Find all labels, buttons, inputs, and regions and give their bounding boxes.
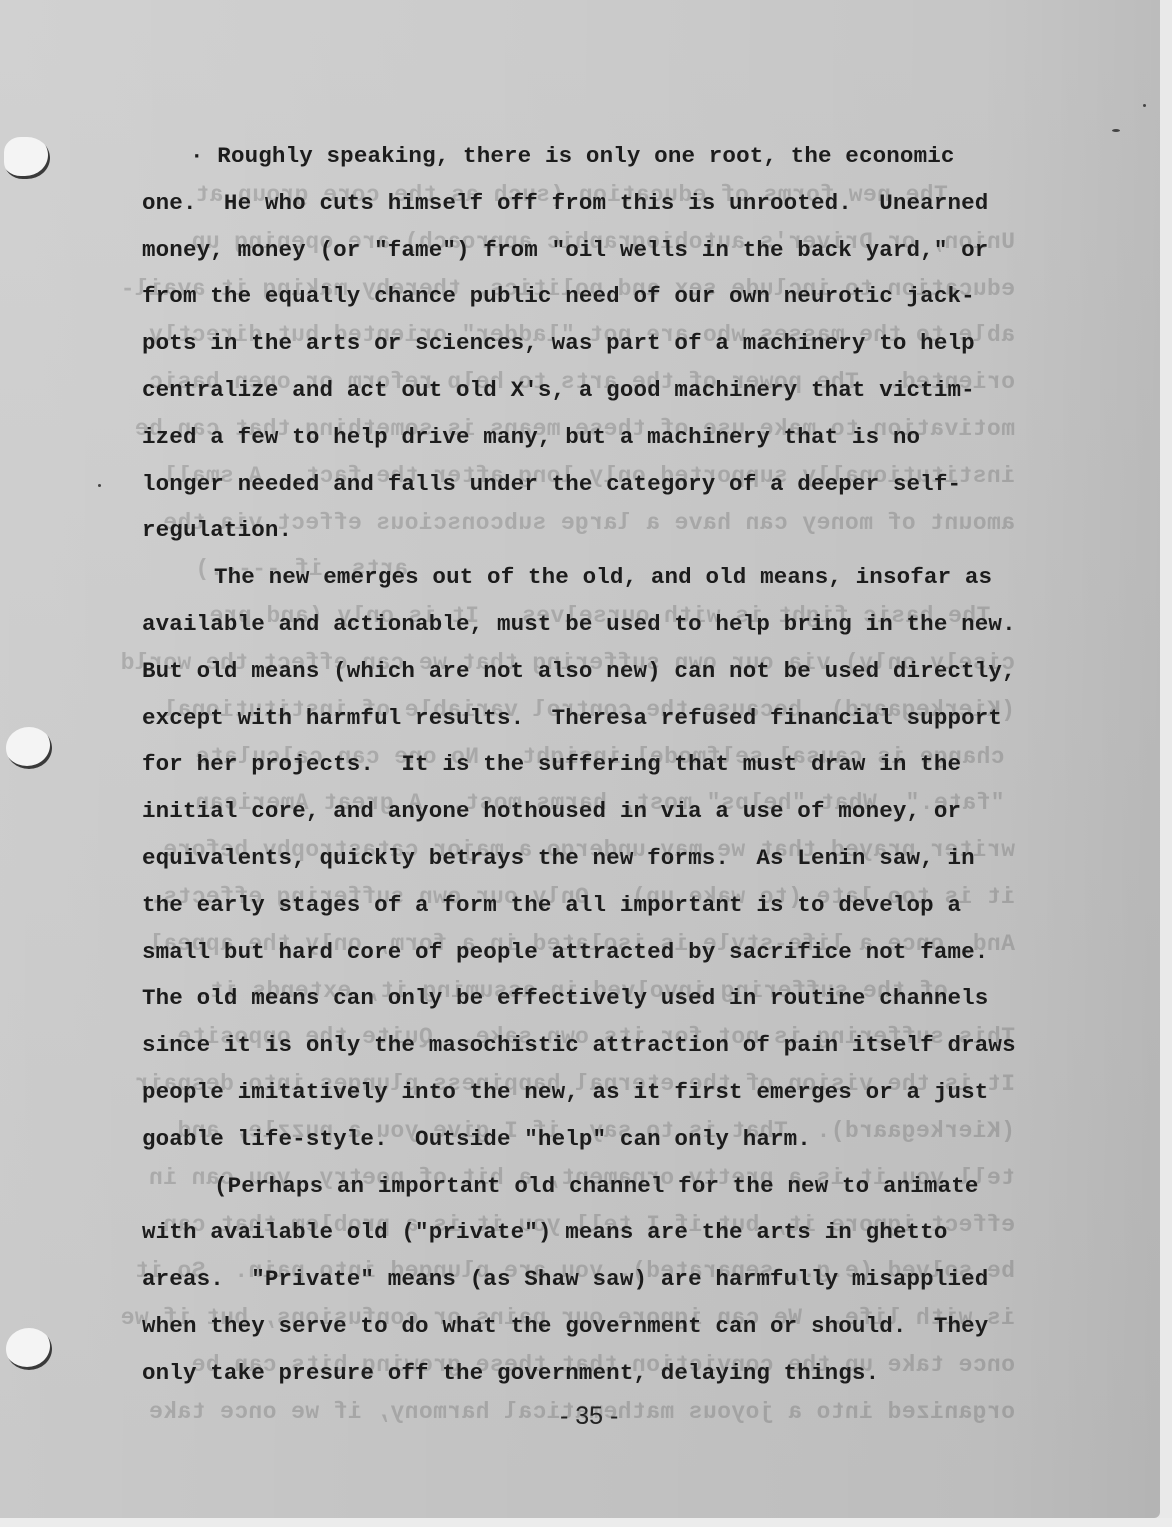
text-line: initial core, and anyone hothoused in vi… <box>142 788 1062 835</box>
paper-speck <box>98 484 101 487</box>
paper-speck <box>1112 129 1120 132</box>
scan-edge-right <box>1160 0 1172 1527</box>
punch-hole-bottom <box>6 1328 52 1370</box>
text-line: centralize and act out old X's, a good m… <box>142 367 1062 414</box>
text-line: (Perhaps an important old channel for th… <box>142 1163 1062 1210</box>
text-line: regulation. <box>142 507 1062 554</box>
text-line: from the equally chance public need of o… <box>142 273 1062 320</box>
paper-speck <box>1143 104 1146 107</box>
text-line: money, money (or "fame") from "oil wells… <box>142 227 1062 274</box>
text-line: ized a few to help drive many, but a mac… <box>142 414 1062 461</box>
text-line: equivalents, quickly betrays the new for… <box>142 835 1062 882</box>
text-line: The new emerges out of the old, and old … <box>142 554 1062 601</box>
body-text: · Roughly speaking, there is only one ro… <box>142 133 1062 1397</box>
text-line: with available old ("private") means are… <box>142 1209 1062 1256</box>
text-line: only take presure off the government, de… <box>142 1350 1062 1397</box>
text-line: since it is only the masochistic attract… <box>142 1022 1062 1069</box>
text-line: areas. "Private" means (as Shaw saw) are… <box>142 1256 1062 1303</box>
text-line: But old means (which are not also new) c… <box>142 648 1062 695</box>
text-line: the early stages of a form the all impor… <box>142 882 1062 929</box>
punch-hole-middle <box>6 727 52 769</box>
page-number: - 35 - <box>560 1402 618 1431</box>
text-line: for her projects. It is the suffering th… <box>142 741 1062 788</box>
punch-hole-top <box>4 137 50 179</box>
text-line: one. He who cuts himself off from this i… <box>142 180 1062 227</box>
text-line: except with harmful results. Theresa ref… <box>142 695 1062 742</box>
typewritten-page: The new forms of education (such as the … <box>0 0 1160 1518</box>
text-line: The old means can only be effectively us… <box>142 975 1062 1022</box>
text-line: when they serve to do what the governmen… <box>142 1303 1062 1350</box>
text-line: small but hard core of people attracted … <box>142 929 1062 976</box>
scan-edge-bottom <box>0 1518 1172 1527</box>
text-line: longer needed and falls under the catego… <box>142 461 1062 508</box>
text-line: goable life-style. Outside "help" can on… <box>142 1116 1062 1163</box>
text-line: pots in the arts or sciences, was part o… <box>142 320 1062 367</box>
text-line: people imitatively into the new, as it f… <box>142 1069 1062 1116</box>
text-line: · Roughly speaking, there is only one ro… <box>142 133 1062 180</box>
text-line: available and actionable, must be used t… <box>142 601 1062 648</box>
